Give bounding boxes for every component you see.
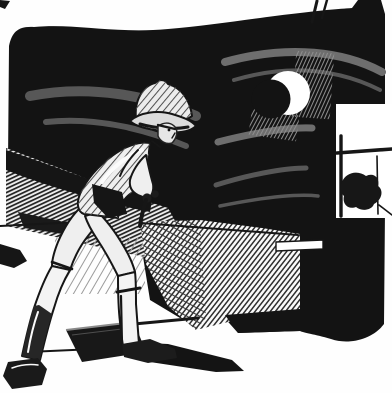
- hand: [151, 190, 159, 198]
- moon-shadow: [252, 80, 291, 119]
- mast-assembly: [336, 104, 392, 218]
- engraving-illustration: Man in a pith helmet hauling on a ship's…: [0, 0, 392, 393]
- front-boot-edge: [121, 296, 122, 344]
- rear-boot-foot: [3, 358, 47, 389]
- night-deck-scene: [0, 0, 392, 393]
- deck-ledge: [276, 240, 323, 251]
